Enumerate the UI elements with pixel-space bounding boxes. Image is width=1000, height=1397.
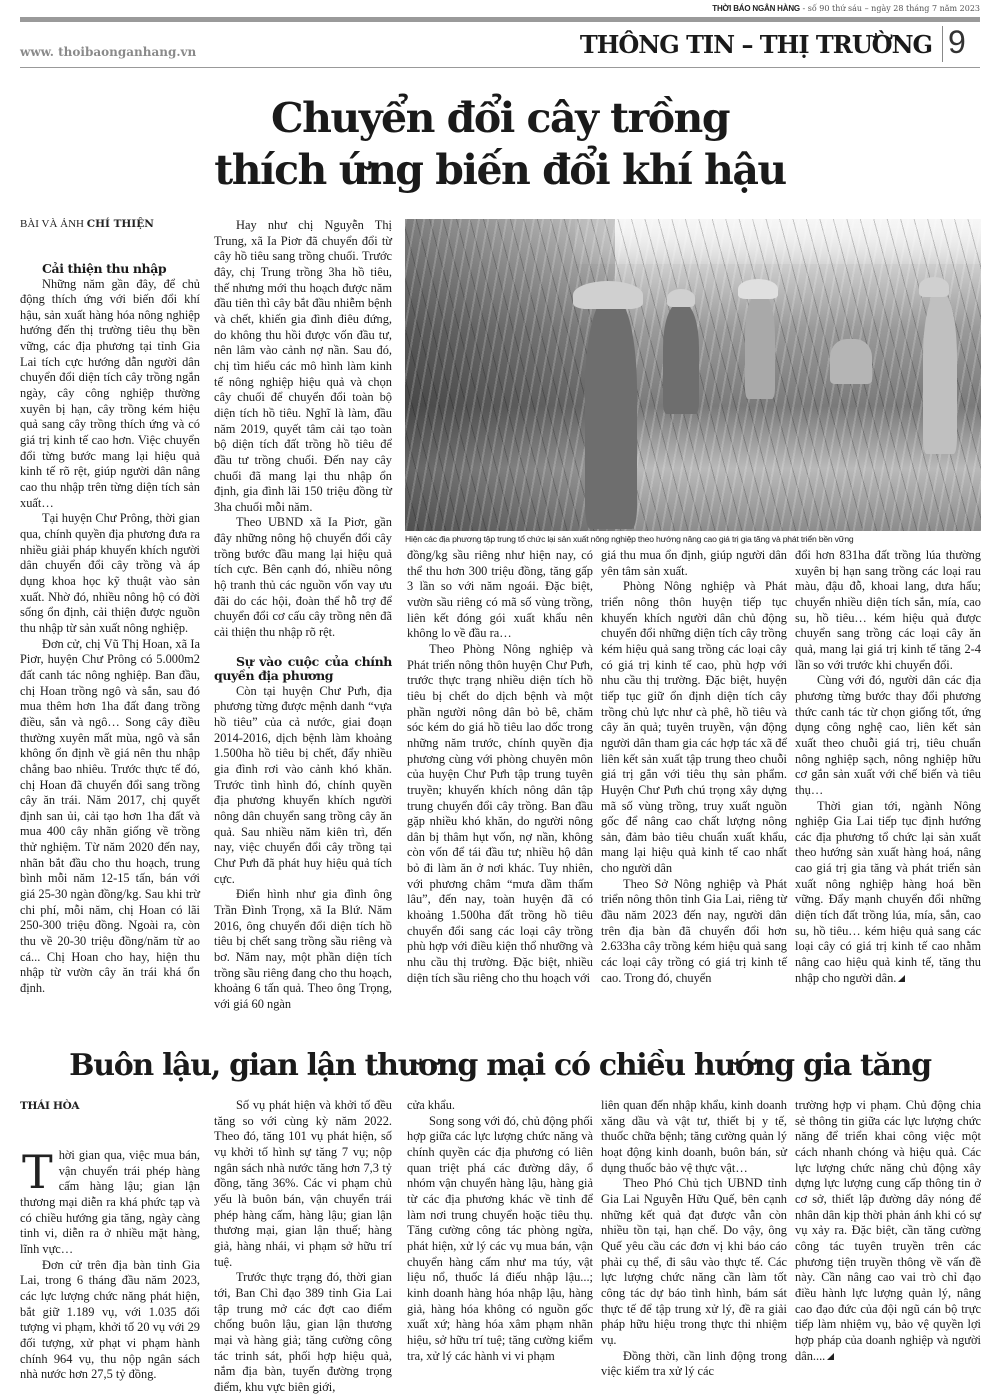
article1-column-5: đổi hơn 831ha đất trồng lúa thường xuyên… bbox=[795, 548, 981, 986]
paragraph: Đơn cử trên địa bàn tỉnh Gia Lai, trong … bbox=[20, 1258, 200, 1383]
issue-info-line: THỜI BÁO NGÂN HÀNG - số 90 thứ sáu – ngà… bbox=[0, 4, 1000, 13]
byline-prefix: BÀI VÀ ẢNH bbox=[20, 218, 87, 230]
paragraph: đồng/kg sầu riêng như hiện nay, có thể t… bbox=[407, 548, 593, 642]
paragraph: cửa khẩu. bbox=[407, 1098, 593, 1114]
paragraph: Theo UBND xã Ia Piơr, gần đây những nông… bbox=[214, 515, 392, 640]
photo-figure bbox=[663, 304, 699, 414]
article1-column-3: đồng/kg sầu riêng như hiện nay, có thể t… bbox=[407, 548, 593, 986]
paragraph: trường hợp vi phạm. Chủ động chia sẻ thô… bbox=[795, 1098, 981, 1364]
page-number: 9 bbox=[948, 24, 966, 61]
paragraph: Thời gian qua, việc mua bán, vận chuyển … bbox=[20, 1148, 200, 1258]
byline-author: CHÍ THIỆN bbox=[87, 218, 154, 230]
paragraph: Những năm gần đây, để chủ động thích ứng… bbox=[20, 277, 200, 512]
article1-headline: Chuyển đổi cây trồng thích ứng biến đổi … bbox=[0, 92, 1000, 196]
paper-name: THỜI BÁO NGÂN HÀNG bbox=[712, 4, 800, 13]
paragraph: Trước thực trạng đó, thời gian tới, Ban … bbox=[214, 1270, 392, 1395]
subhead-su-vao-cuoc: Sự vào cuộc của chính quyền địa phương bbox=[214, 655, 392, 684]
photo-figure bbox=[830, 339, 872, 384]
paragraph: Đơn cử, chị Vũ Thị Hoan, xã Ia Piơr, huy… bbox=[20, 637, 200, 997]
article2-headline: Buôn lậu, gian lận thương mại có chiều h… bbox=[0, 1048, 1000, 1083]
article1-byline: BÀI VÀ ẢNH CHÍ THIỆN bbox=[20, 218, 154, 230]
paragraph: Theo Sở Nông nghiệp và Phát triển nông t… bbox=[601, 877, 787, 987]
paragraph: Còn tại huyện Chư Pưh, địa phương từng đ… bbox=[214, 684, 392, 888]
photo-caption: Hiện các địa phương tập trung tổ chức lạ… bbox=[405, 534, 853, 544]
paragraph: giá thu mua ổn định, giúp người dân yên … bbox=[601, 548, 787, 579]
article1-column-2: Hay như chị Nguyễn Thị Trung, xã Ia Piơr… bbox=[214, 218, 392, 1013]
paragraph: Theo Phó Chủ tịch UBND tỉnh Gia Lai Nguy… bbox=[601, 1176, 787, 1348]
article1-column-1: Cải thiện thu nhập Những năm gần đây, để… bbox=[20, 262, 200, 997]
paragraph: Theo Phòng Nông nghiệp và Phát triển nôn… bbox=[407, 642, 593, 986]
top-rule bbox=[20, 17, 980, 22]
dropcap: T bbox=[22, 1152, 53, 1192]
article2-column-3: cửa khẩu. Song song với đó, chủ động phố… bbox=[407, 1098, 593, 1364]
article1-column-4: giá thu mua ổn định, giúp người dân yên … bbox=[601, 548, 787, 986]
article2-byline: THÁI HÒA bbox=[20, 1100, 79, 1112]
photo-figure bbox=[923, 294, 957, 454]
paragraph: Phòng Nông nghiệp và Phát triển nông thô… bbox=[601, 579, 787, 876]
paragraph: đổi hơn 831ha đất trồng lúa thường xuyên… bbox=[795, 548, 981, 673]
site-url: www. thoibaonganhang.vn bbox=[20, 45, 196, 59]
headline-line-2: thích ứng biến đổi khí hậu bbox=[0, 144, 1000, 196]
headline-line-1: Chuyển đổi cây trồng bbox=[0, 92, 1000, 144]
paragraph: Cùng với đó, người dân các địa phương từ… bbox=[795, 673, 981, 798]
article2-column-2: Số vụ phát hiện và khởi tố đều tăng so v… bbox=[214, 1098, 392, 1395]
paragraph: Song song với đó, chủ động phối hợp giữa… bbox=[407, 1114, 593, 1365]
issue-info: - số 90 thứ sáu – ngày 28 tháng 7 năm 20… bbox=[800, 4, 980, 13]
paragraph: liên quan đến nhập khẩu, kinh doanh xăng… bbox=[601, 1098, 787, 1176]
paragraph: Số vụ phát hiện và khởi tố đều tăng so v… bbox=[214, 1098, 392, 1270]
sugarcane-harvest-photo bbox=[405, 219, 981, 531]
section-title: THÔNG TIN – THỊ TRƯỜNG bbox=[580, 30, 932, 59]
subhead-cai-thien-thu-nhap: Cải thiện thu nhập bbox=[20, 262, 200, 277]
article2-column-1: Thời gian qua, việc mua bán, vận chuyển … bbox=[20, 1148, 200, 1383]
paragraph: Điển hình như gia đình ông Trần Đình Trọ… bbox=[214, 887, 392, 1012]
paragraph: Thời gian tới, ngành Nông nghiệp Gia Lai… bbox=[795, 799, 981, 987]
photo-figure bbox=[585, 299, 637, 529]
section-divider bbox=[942, 26, 943, 62]
paragraph: Đồng thời, cần linh động trong việc kiểm… bbox=[601, 1349, 787, 1380]
end-mark-icon bbox=[898, 975, 905, 982]
end-mark-icon bbox=[827, 1353, 834, 1360]
photo-figure bbox=[745, 294, 775, 399]
paragraph: Tại huyện Chư Prông, thời gian qua, chín… bbox=[20, 511, 200, 636]
article2-column-5: trường hợp vi phạm. Chủ động chia sẻ thô… bbox=[795, 1098, 981, 1364]
article2-column-4: liên quan đến nhập khẩu, kinh doanh xăng… bbox=[601, 1098, 787, 1380]
paragraph: Hay như chị Nguyễn Thị Trung, xã Ia Piơr… bbox=[214, 218, 392, 515]
header-rule bbox=[20, 67, 980, 68]
